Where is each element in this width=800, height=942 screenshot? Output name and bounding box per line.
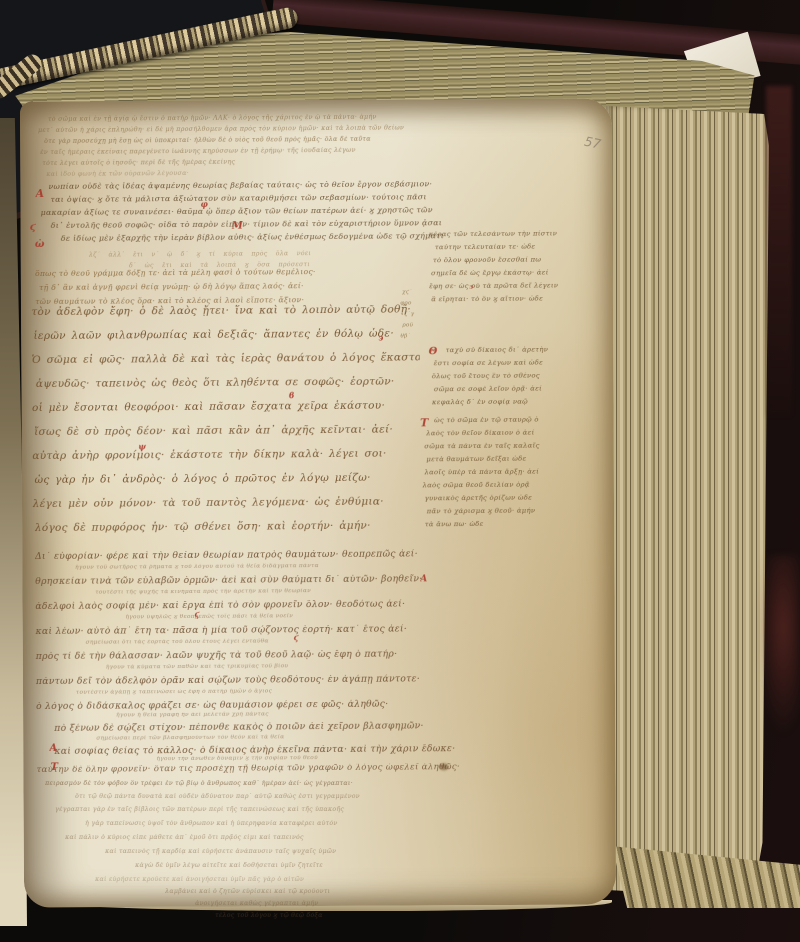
script-line: Τ bbox=[50, 762, 58, 774]
script-line: Μ bbox=[232, 221, 243, 233]
script-line: Τ bbox=[420, 417, 429, 430]
script-line: Θ bbox=[429, 346, 438, 358]
script-line: φ bbox=[201, 200, 209, 209]
script-line: ὧ bbox=[35, 239, 45, 251]
script-line: ϛ bbox=[30, 222, 36, 234]
script-line: Α bbox=[35, 188, 44, 201]
script-line: ψ bbox=[138, 442, 146, 451]
script-line: ϶ bbox=[378, 334, 383, 343]
manuscript-photo: τὸ σῶμα καὶ ἐν τῇ ἁγίᾳ ᾧ ἔστιν ὁ πατὴρ ἡ… bbox=[0, 0, 800, 942]
script-line: ϛ bbox=[294, 633, 299, 642]
script-line: Α bbox=[49, 743, 57, 755]
script-line: ϶ bbox=[469, 283, 474, 291]
script-line: Α bbox=[420, 574, 427, 584]
script-line: ϐ bbox=[289, 391, 295, 400]
folio-number: 57 bbox=[583, 135, 602, 153]
rubricated-initials: ΑφϛΜὧ϶϶ϐψΘΤΑϛϛΑΤ bbox=[0, 0, 800, 942]
ink-layer: τὸ σῶμα καὶ ἐν τῇ ἁγίᾳ ᾧ ἔστιν ὁ πατὴρ ἡ… bbox=[0, 0, 800, 942]
script-line: ϛ bbox=[194, 610, 199, 619]
